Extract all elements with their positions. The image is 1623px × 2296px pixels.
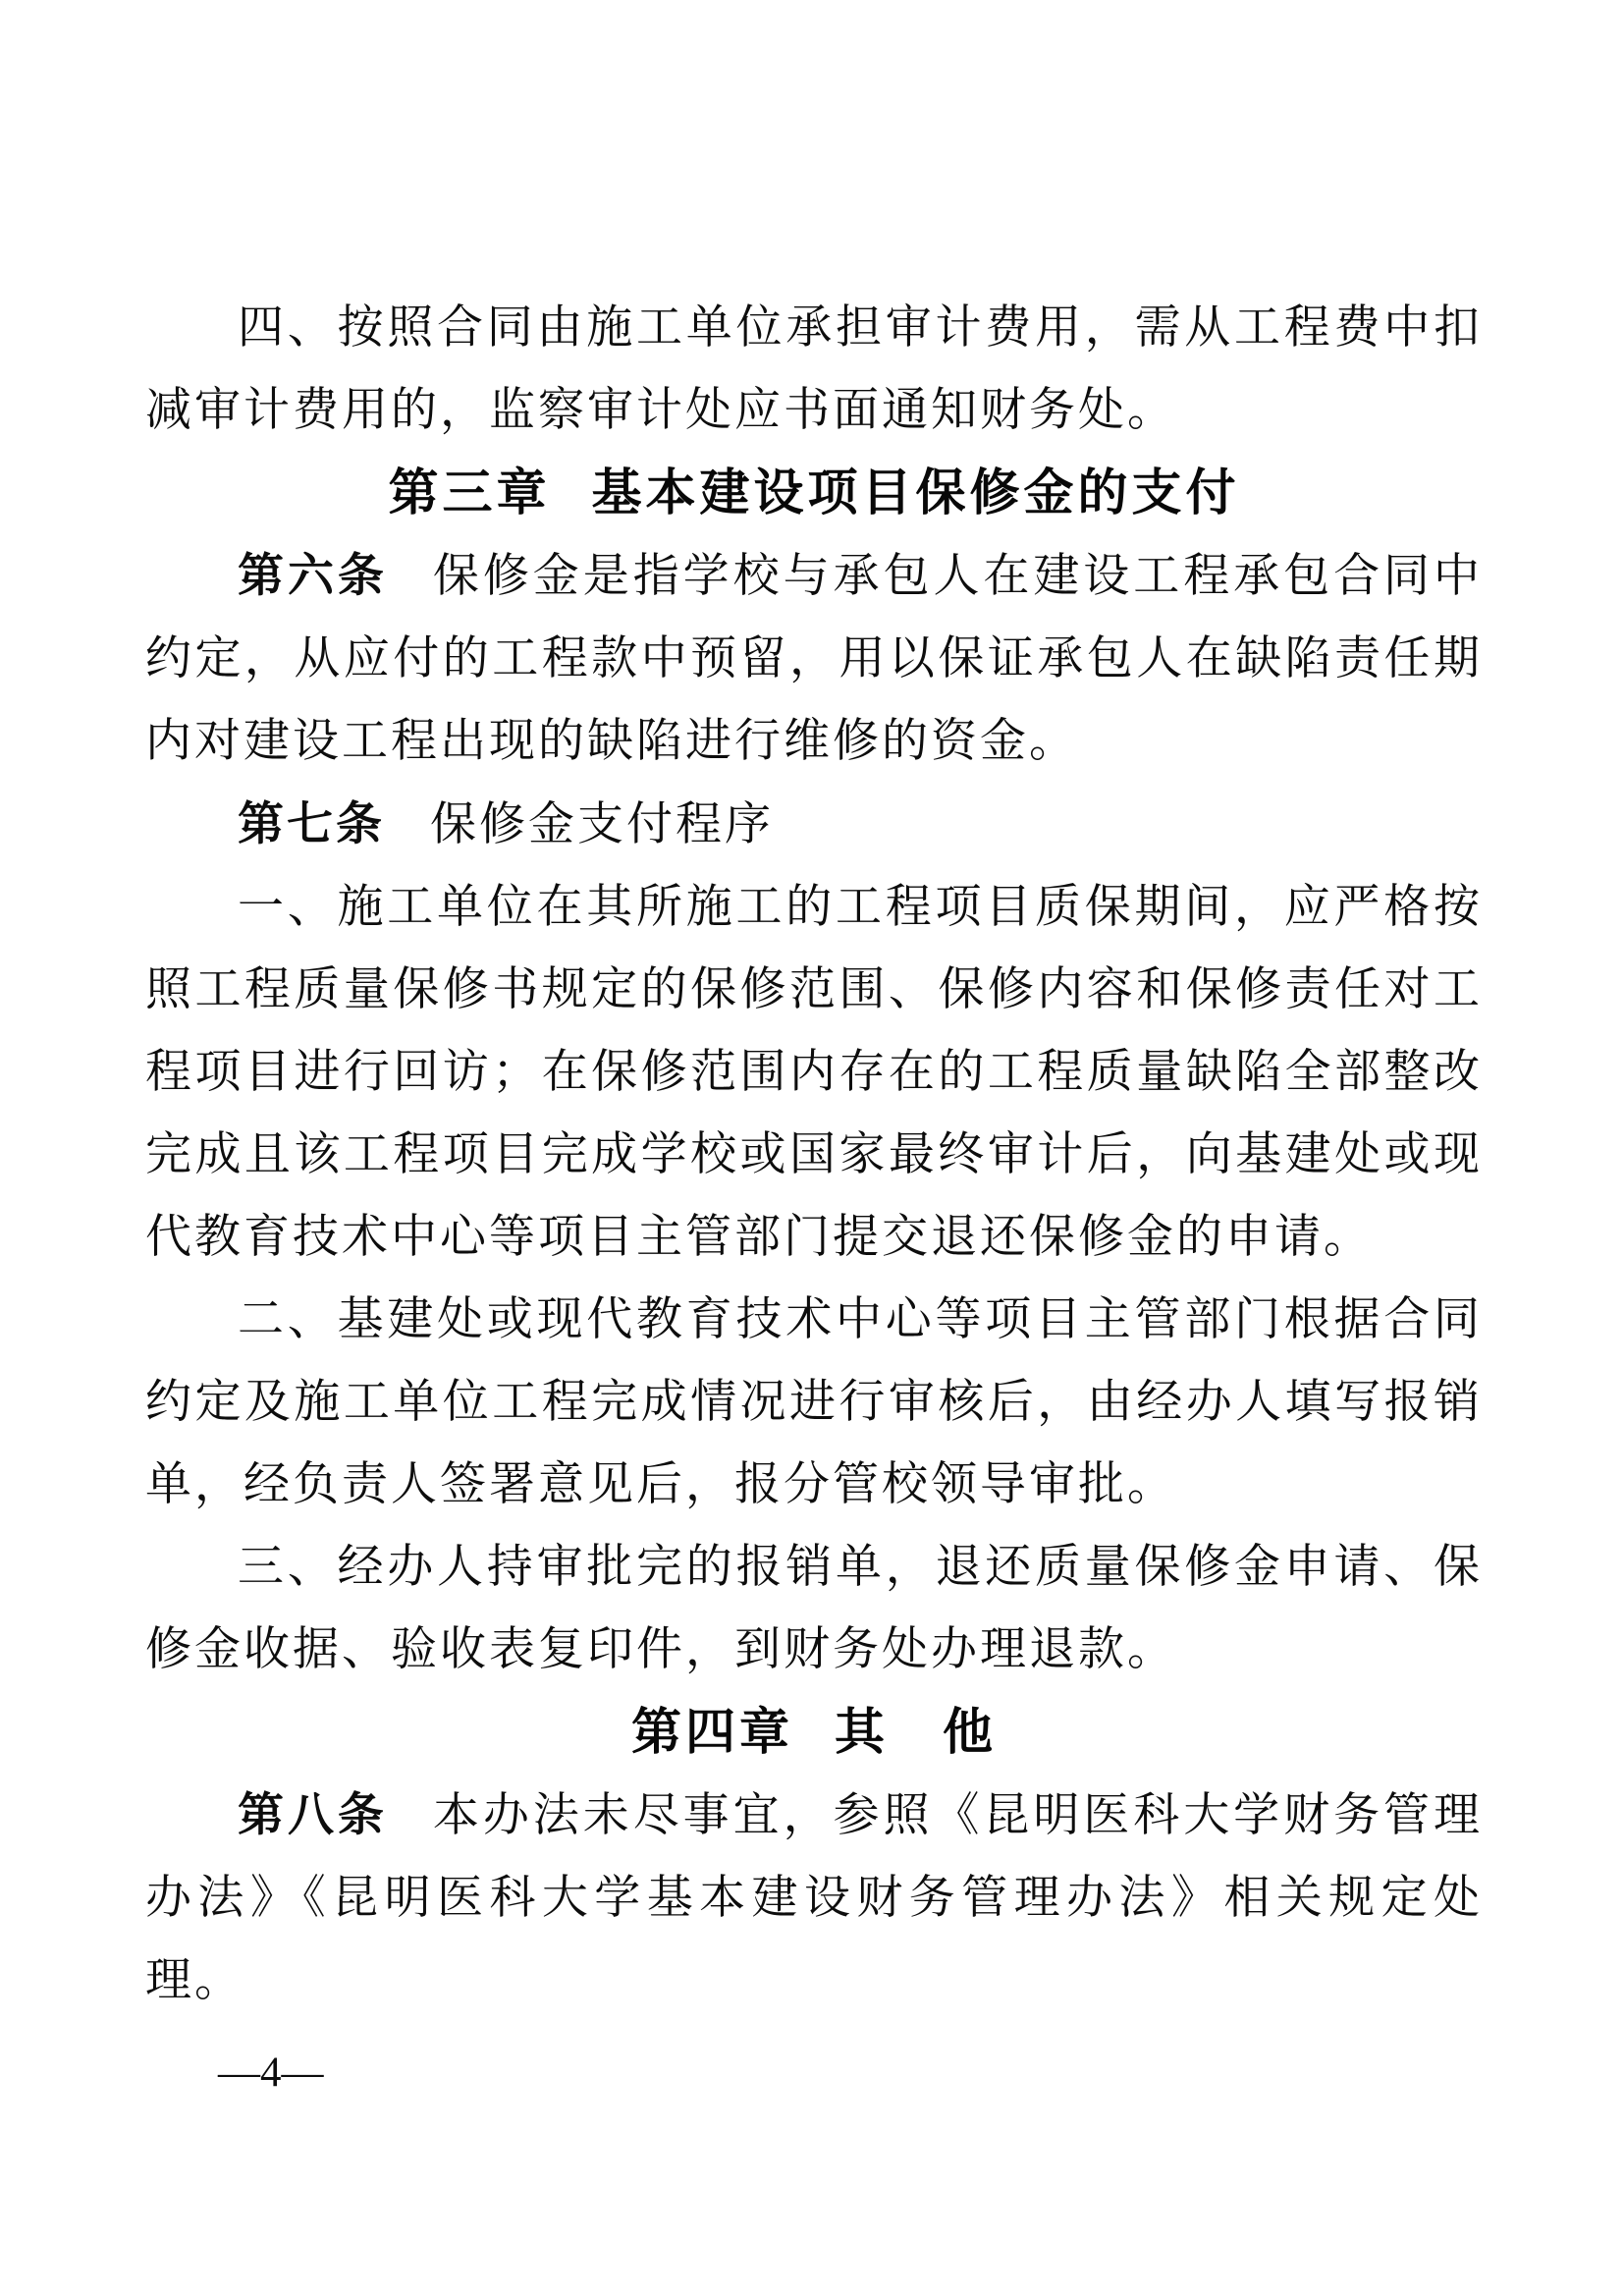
chapter-3-title: 基本建设项目保修金的支付 [592, 465, 1240, 520]
chapter-4-heading: 第四章其 他 [145, 1691, 1483, 1774]
chapter-3-number: 第三章 [388, 465, 550, 520]
document-body: 四、按照合同由施工单位承担审计费用，需从工程费中扣减审计费用的，监察审计处应书面… [145, 287, 1483, 2022]
article-8-paragraph: 第八条本办法未尽事宜，参照《昆明医科大学财务管理办法》《昆明医科大学基本建设财务… [145, 1774, 1483, 2022]
paragraph-text: 二、基建处或现代教育技术中心等项目主管部门根据合同约定及施工单位工程完成情况进行… [145, 1294, 1483, 1510]
paragraph-text: 一、施工单位在其所施工的工程项目质保期间，应严格按照工程质量保修书规定的保修范围… [145, 882, 1483, 1263]
article-7-text: 保修金支付程序 [430, 799, 774, 850]
article-8-label: 第八条 [238, 1788, 388, 1840]
paragraph-item-two: 二、基建处或现代教育技术中心等项目主管部门根据合同约定及施工单位工程完成情况进行… [145, 1279, 1483, 1526]
chapter-4-title: 其 他 [835, 1704, 997, 1760]
article-7-paragraph: 第七条保修金支付程序 [145, 783, 1483, 866]
paragraph-item-one: 一、施工单位在其所施工的工程项目质保期间，应严格按照工程质量保修书规定的保修范围… [145, 866, 1483, 1279]
paragraph-item-four: 四、按照合同由施工单位承担审计费用，需从工程费中扣减审计费用的，监察审计处应书面… [145, 287, 1483, 452]
paragraph-text: 四、按照合同由施工单位承担审计费用，需从工程费中扣减审计费用的，监察审计处应书面… [145, 302, 1483, 436]
document-page: 四、按照合同由施工单位承担审计费用，需从工程费中扣减审计费用的，监察审计处应书面… [0, 0, 1623, 2296]
page-number: —4— [218, 2049, 324, 2098]
article-6-label: 第六条 [238, 549, 388, 601]
article-6-paragraph: 第六条保修金是指学校与承包人在建设工程承包合同中约定，从应付的工程款中预留，用以… [145, 534, 1483, 783]
chapter-4-number: 第四章 [631, 1704, 793, 1760]
paragraph-text: 三、经办人持审批完的报销单，退还质量保修金申请、保修金收据、验收表复印件，到财务… [145, 1542, 1483, 1675]
paragraph-item-three: 三、经办人持审批完的报销单，退还质量保修金申请、保修金收据、验收表复印件，到财务… [145, 1526, 1483, 1691]
chapter-3-heading: 第三章基本建设项目保修金的支付 [145, 452, 1483, 534]
article-7-label: 第七条 [238, 797, 385, 849]
